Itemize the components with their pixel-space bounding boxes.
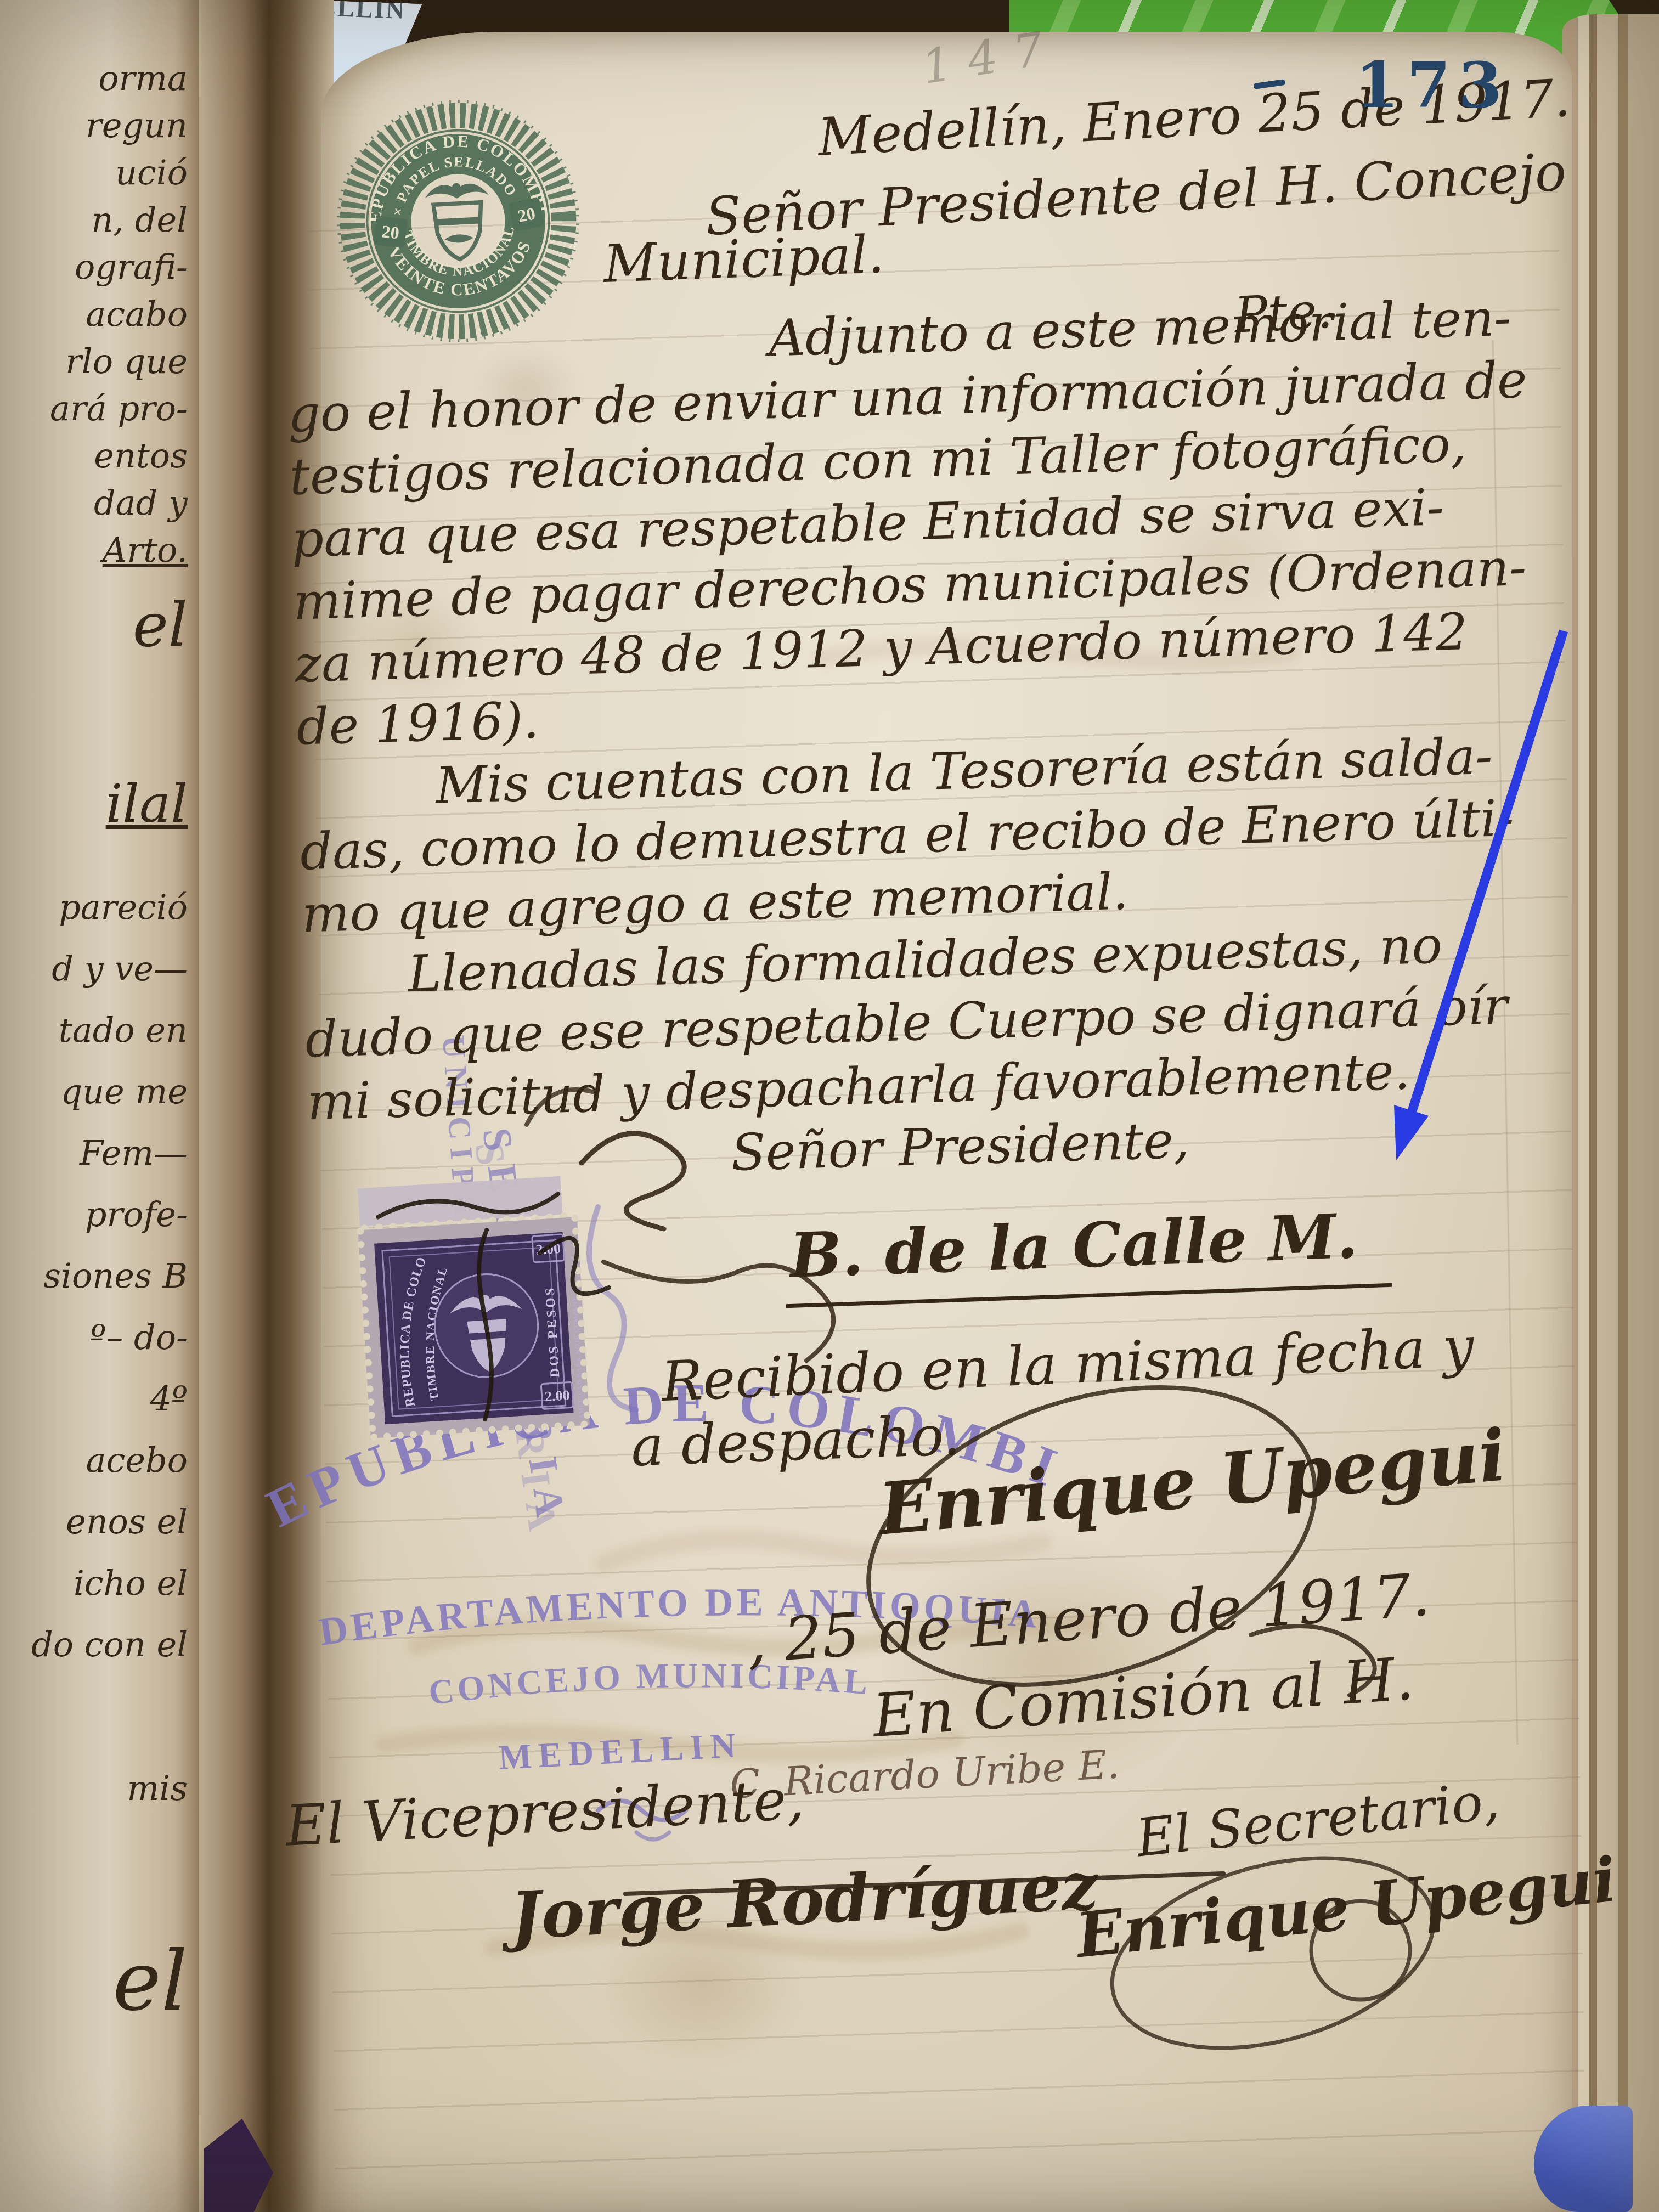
photo-of-archival-document: MEDELLIN 1916 1.423 ormaregunución, delo… [0,0,1659,2212]
annotation-arrow-icon [0,0,1659,2212]
